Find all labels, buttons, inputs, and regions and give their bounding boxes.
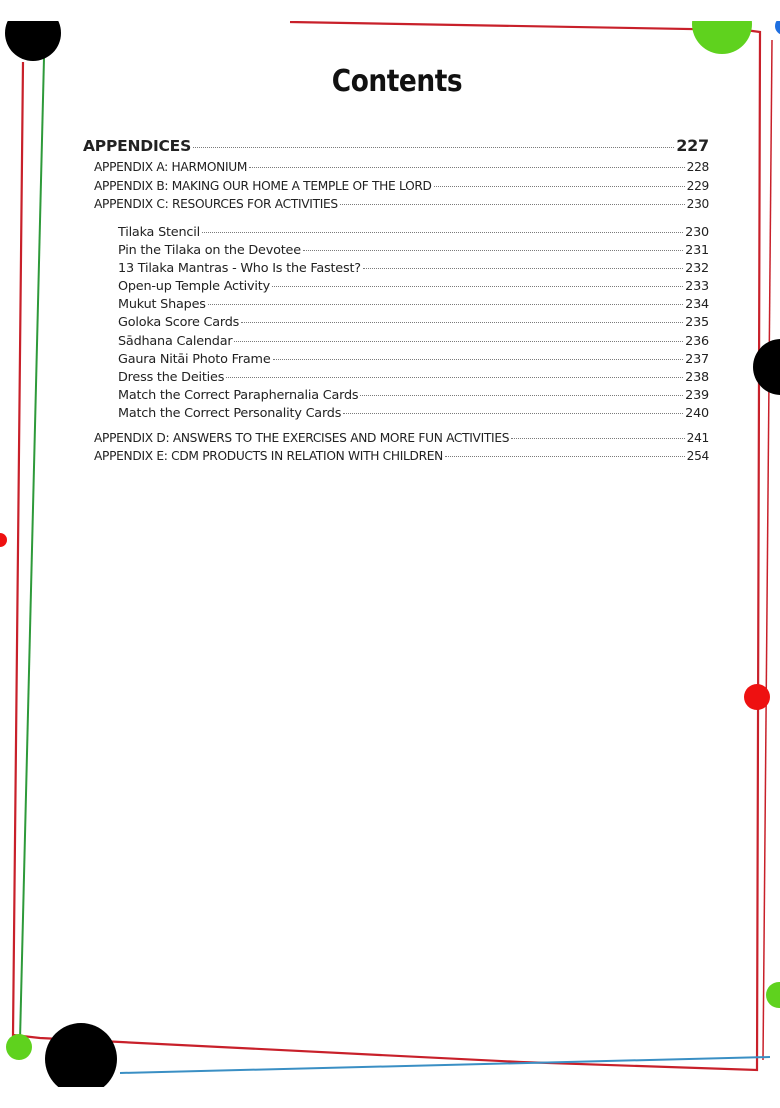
toc-resource-entry[interactable]: Pin the Tilaka on the Devotee231 xyxy=(118,243,709,261)
toc-page-number: 232 xyxy=(685,261,709,276)
dot-leader xyxy=(226,377,683,378)
blue-frame-line xyxy=(120,1057,770,1073)
green-dot-bottom-left xyxy=(6,1034,32,1060)
toc-appendix-entry[interactable]: APPENDIX E: CDM PRODUCTS IN RELATION WIT… xyxy=(94,449,709,468)
dot-leader xyxy=(343,413,683,414)
toc-resource-entry[interactable]: Match the Correct Personality Cards240 xyxy=(118,406,709,424)
appendix-list-bottom: APPENDIX D: ANSWERS TO THE EXERCISES AND… xyxy=(83,431,709,468)
toc-page-number: 228 xyxy=(687,160,709,174)
toc-resource-entry[interactable]: Sādhana Calendar236 xyxy=(118,334,709,352)
bottom-cut-mask xyxy=(0,1087,780,1108)
toc-page-number: 254 xyxy=(687,449,709,463)
resources-list: Tilaka Stencil230Pin the Tilaka on the D… xyxy=(83,225,709,425)
toc-resource-entry[interactable]: Tilaka Stencil230 xyxy=(118,225,709,243)
black-dot-bottom-left xyxy=(45,1023,117,1095)
red-dot-right xyxy=(744,684,770,710)
dot-leader xyxy=(241,322,683,323)
toc-page-number: 241 xyxy=(687,431,709,445)
toc-resource-entry[interactable]: Dress the Deities238 xyxy=(118,370,709,388)
toc-page-number: 227 xyxy=(676,136,709,155)
toc-page-number: 239 xyxy=(685,388,709,403)
toc-label: APPENDICES xyxy=(83,137,191,155)
toc-page-number: 230 xyxy=(685,225,709,240)
toc-label: Mukut Shapes xyxy=(118,297,206,312)
dot-leader xyxy=(273,359,684,360)
toc-label: Dress the Deities xyxy=(118,370,224,385)
toc-label: Open-up Temple Activity xyxy=(118,279,270,294)
toc-page-number: 240 xyxy=(685,406,709,421)
black-dot-right xyxy=(753,339,780,395)
toc-appendix-entry[interactable]: APPENDIX B: MAKING OUR HOME A TEMPLE OF … xyxy=(94,179,709,198)
dot-leader xyxy=(272,286,683,287)
dot-leader xyxy=(193,147,674,148)
toc-resource-entry[interactable]: Match the Correct Paraphernalia Cards239 xyxy=(118,388,709,406)
toc-appendix-entry[interactable]: APPENDIX D: ANSWERS TO THE EXERCISES AND… xyxy=(94,431,709,450)
toc-label: Match the Correct Personality Cards xyxy=(118,406,341,421)
toc-page-number: 236 xyxy=(685,334,709,349)
dot-leader xyxy=(360,395,683,396)
appendix-list-top: APPENDIX A: HARMONIUM228APPENDIX B: MAKI… xyxy=(83,160,709,216)
toc-resource-entry[interactable]: 13 Tilaka Mantras - Who Is the Fastest?2… xyxy=(118,261,709,279)
toc-label: Gaura Nitāi Photo Frame xyxy=(118,352,271,367)
toc-label: Goloka Score Cards xyxy=(118,315,239,330)
dot-leader xyxy=(445,456,685,457)
dot-leader xyxy=(303,250,683,251)
toc-label: APPENDIX D: ANSWERS TO THE EXERCISES AND… xyxy=(94,431,509,445)
page-title: Contents xyxy=(48,64,747,99)
green-frame-line xyxy=(20,58,44,1040)
top-cut-mask-2 xyxy=(0,0,780,21)
toc-appendix-entry[interactable]: APPENDIX C: RESOURCES FOR ACTIVITIES230 xyxy=(94,197,709,216)
dot-leader xyxy=(363,268,683,269)
toc-label: Pin the Tilaka on the Devotee xyxy=(118,243,301,258)
toc-label: APPENDIX E: CDM PRODUCTS IN RELATION WIT… xyxy=(94,449,443,463)
toc-appendix-entry[interactable]: APPENDIX A: HARMONIUM228 xyxy=(94,160,709,179)
toc-label: Tilaka Stencil xyxy=(118,225,200,240)
dot-leader xyxy=(434,186,685,187)
red-dot-left xyxy=(0,533,7,547)
toc-page-number: 229 xyxy=(687,179,709,193)
toc-label: APPENDIX A: HARMONIUM xyxy=(94,160,247,174)
toc-label: Sādhana Calendar xyxy=(118,334,232,349)
toc-resource-entry[interactable]: Gaura Nitāi Photo Frame237 xyxy=(118,352,709,370)
toc-resource-entry[interactable]: Open-up Temple Activity233 xyxy=(118,279,709,297)
dot-leader xyxy=(202,232,683,233)
dot-leader xyxy=(234,341,683,342)
toc-label: APPENDIX B: MAKING OUR HOME A TEMPLE OF … xyxy=(94,179,432,193)
toc-page-number: 233 xyxy=(685,279,709,294)
toc-page-number: 231 xyxy=(685,243,709,258)
toc-page-number: 230 xyxy=(687,197,709,211)
red-frame-right-line xyxy=(763,40,772,1060)
toc-page-number: 237 xyxy=(685,352,709,367)
dot-leader xyxy=(208,304,683,305)
green-dot-right-bottom xyxy=(766,982,780,1008)
toc-label: 13 Tilaka Mantras - Who Is the Fastest? xyxy=(118,261,361,276)
dot-leader xyxy=(340,204,685,205)
toc-page-number: 235 xyxy=(685,315,709,330)
dot-leader xyxy=(511,438,684,439)
toc-resource-entry[interactable]: Mukut Shapes234 xyxy=(118,297,709,315)
toc-section-appendices[interactable]: APPENDICES 227 xyxy=(83,136,709,160)
dot-leader xyxy=(249,167,685,168)
toc-resource-entry[interactable]: Goloka Score Cards235 xyxy=(118,315,709,333)
table-of-contents: APPENDICES 227 APPENDIX A: HARMONIUM228A… xyxy=(83,136,709,468)
toc-label: Match the Correct Paraphernalia Cards xyxy=(118,388,358,403)
toc-page-number: 238 xyxy=(685,370,709,385)
toc-page-number: 234 xyxy=(685,297,709,312)
toc-label: APPENDIX C: RESOURCES FOR ACTIVITIES xyxy=(94,197,338,211)
